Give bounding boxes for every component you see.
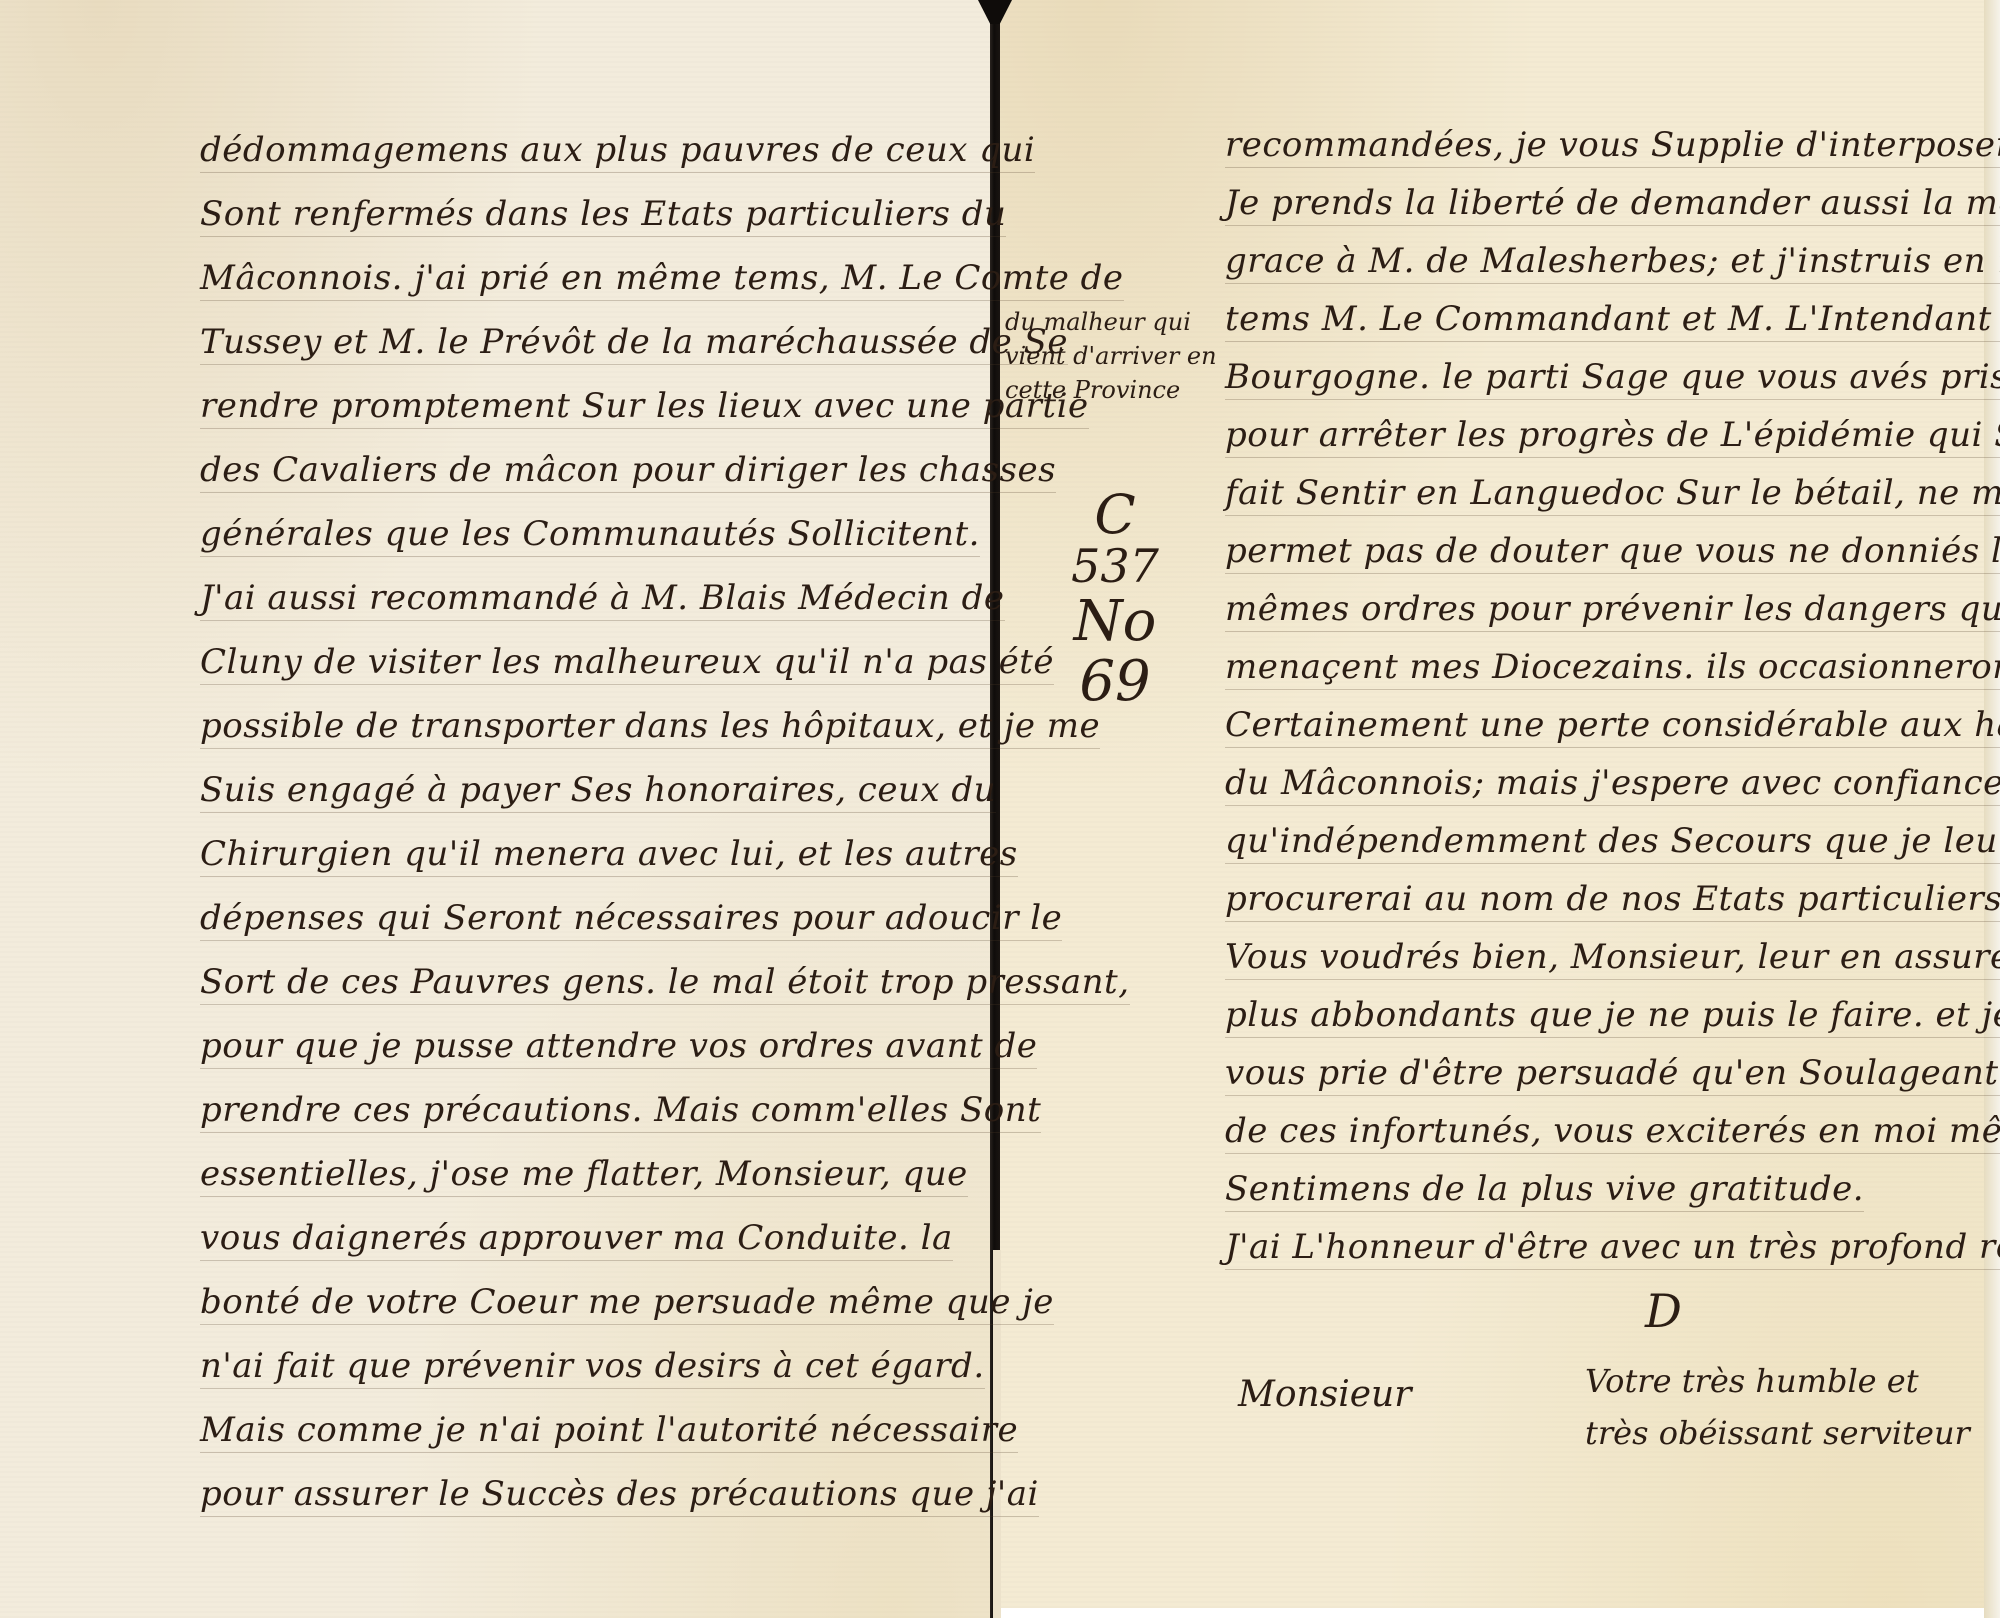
- text-line: Sont renfermés dans les Etats particulie…: [200, 194, 1006, 237]
- text-line: tems M. Le Commandant et M. L'Intendant …: [1225, 299, 2000, 342]
- text-line: qu'indépendemment des Secours que je leu…: [1225, 821, 2000, 864]
- margin-note-line: du malheur qui: [1005, 305, 1230, 339]
- text-line: Vous voudrés bien, Monsieur, leur en ass…: [1225, 937, 2000, 980]
- text-line: pour arrêter les progrès de L'épidémie q…: [1225, 415, 2000, 458]
- text-line: possible de transporter dans les hôpitau…: [200, 706, 1100, 749]
- text-line: dédommagemens aux plus pauvres de ceux q…: [200, 130, 1035, 173]
- text-line: mêmes ordres pour prévenir les dangers q…: [1225, 589, 2000, 632]
- text-line: vous prie d'être persuadé qu'en Soulagea…: [1225, 1053, 2000, 1096]
- text-line: rendre promptement Sur les lieux avec un…: [200, 386, 1089, 429]
- text-line: Je prends la liberté de demander aussi l…: [1225, 183, 2000, 226]
- text-line: dépenses qui Seront nécessaires pour ado…: [200, 898, 1062, 941]
- text-line: Mâconnois. j'ai prié en même tems, M. Le…: [200, 258, 1124, 301]
- text-line: bonté de votre Coeur me persuade même qu…: [200, 1282, 1054, 1325]
- text-line: grace à M. de Malesherbes; et j'instruis…: [1225, 241, 2000, 284]
- text-line: pour que je pusse attendre vos ordres av…: [200, 1026, 1037, 1069]
- text-line: Certainement une perte considérable aux …: [1225, 705, 2000, 748]
- text-line: Suis engagé à payer Ses honoraires, ceux…: [200, 770, 996, 813]
- archive-number: No 69: [1050, 592, 1180, 712]
- text-line: Tussey et M. le Prévôt de la maréchaussé…: [200, 322, 1068, 365]
- text-line: n'ai fait que prévenir vos desirs à cet …: [200, 1346, 985, 1389]
- text-line: prendre ces précautions. Mais comm'elles…: [200, 1090, 1041, 1133]
- text-line: recommandées, je vous Supplie d'interpos…: [1225, 125, 2000, 168]
- text-line: Cluny de visiter les malheureux qu'il n'…: [200, 642, 1054, 685]
- closing-signature: D Votre très humble et très obéissant se…: [1585, 1355, 1970, 1459]
- closing-line: très obéissant serviteur: [1585, 1407, 1970, 1459]
- text-line: de ces infortunés, vous exciterés en moi…: [1225, 1111, 2000, 1154]
- text-line: du Mâconnois; mais j'espere avec confian…: [1225, 763, 2000, 806]
- margin-note-line: cette Province: [1005, 373, 1230, 407]
- text-line: Bourgogne. le parti Sage que vous avés p…: [1225, 357, 2000, 400]
- text-line: pour assurer le Succès des précautions q…: [200, 1474, 1039, 1517]
- margin-note-line: vient d'arriver en: [1005, 339, 1230, 373]
- text-line: permet pas de douter que vous ne donniés…: [1225, 531, 2000, 574]
- text-line: plus abbondants que je ne puis le faire.…: [1225, 995, 2000, 1038]
- text-line: fait Sentir en Languedoc Sur le bétail, …: [1225, 473, 2000, 516]
- text-line: menaçent mes Diocezains. ils occasionner…: [1225, 647, 2000, 690]
- text-line: des Cavaliers de mâcon pour diriger les …: [200, 450, 1056, 493]
- text-line: essentielles, j'ose me flatter, Monsieur…: [200, 1154, 968, 1197]
- archive-box: 537: [1050, 540, 1180, 592]
- text-line: Sentimens de la plus vive gratitude.: [1225, 1169, 1864, 1212]
- text-line: Mais comme je n'ai point l'autorité néce…: [200, 1410, 1018, 1453]
- salutation: Monsieur: [1238, 1374, 1411, 1415]
- archive-reference: C 537 No 69: [1050, 490, 1180, 712]
- text-line: J'ai L'honneur d'être avec un très profo…: [1225, 1227, 2000, 1270]
- margin-note: du malheur qui vient d'arriver en cette …: [1005, 305, 1230, 407]
- signature-flourish: D: [1645, 1285, 1682, 1337]
- archive-series: C: [1050, 490, 1180, 540]
- text-line: Chirurgien qu'il menera avec lui, et les…: [200, 834, 1018, 877]
- text-line: procurerai au nom de nos Etats particuli…: [1225, 879, 2000, 922]
- text-line: générales que les Communautés Solliciten…: [200, 514, 980, 557]
- text-line: J'ai aussi recommandé à M. Blais Médecin…: [200, 578, 1005, 621]
- closing-line: Votre très humble et: [1585, 1355, 1970, 1407]
- text-line: Sort de ces Pauvres gens. le mal étoit t…: [200, 962, 1130, 1005]
- text-line: vous daignerés approuver ma Conduite. la: [200, 1218, 953, 1261]
